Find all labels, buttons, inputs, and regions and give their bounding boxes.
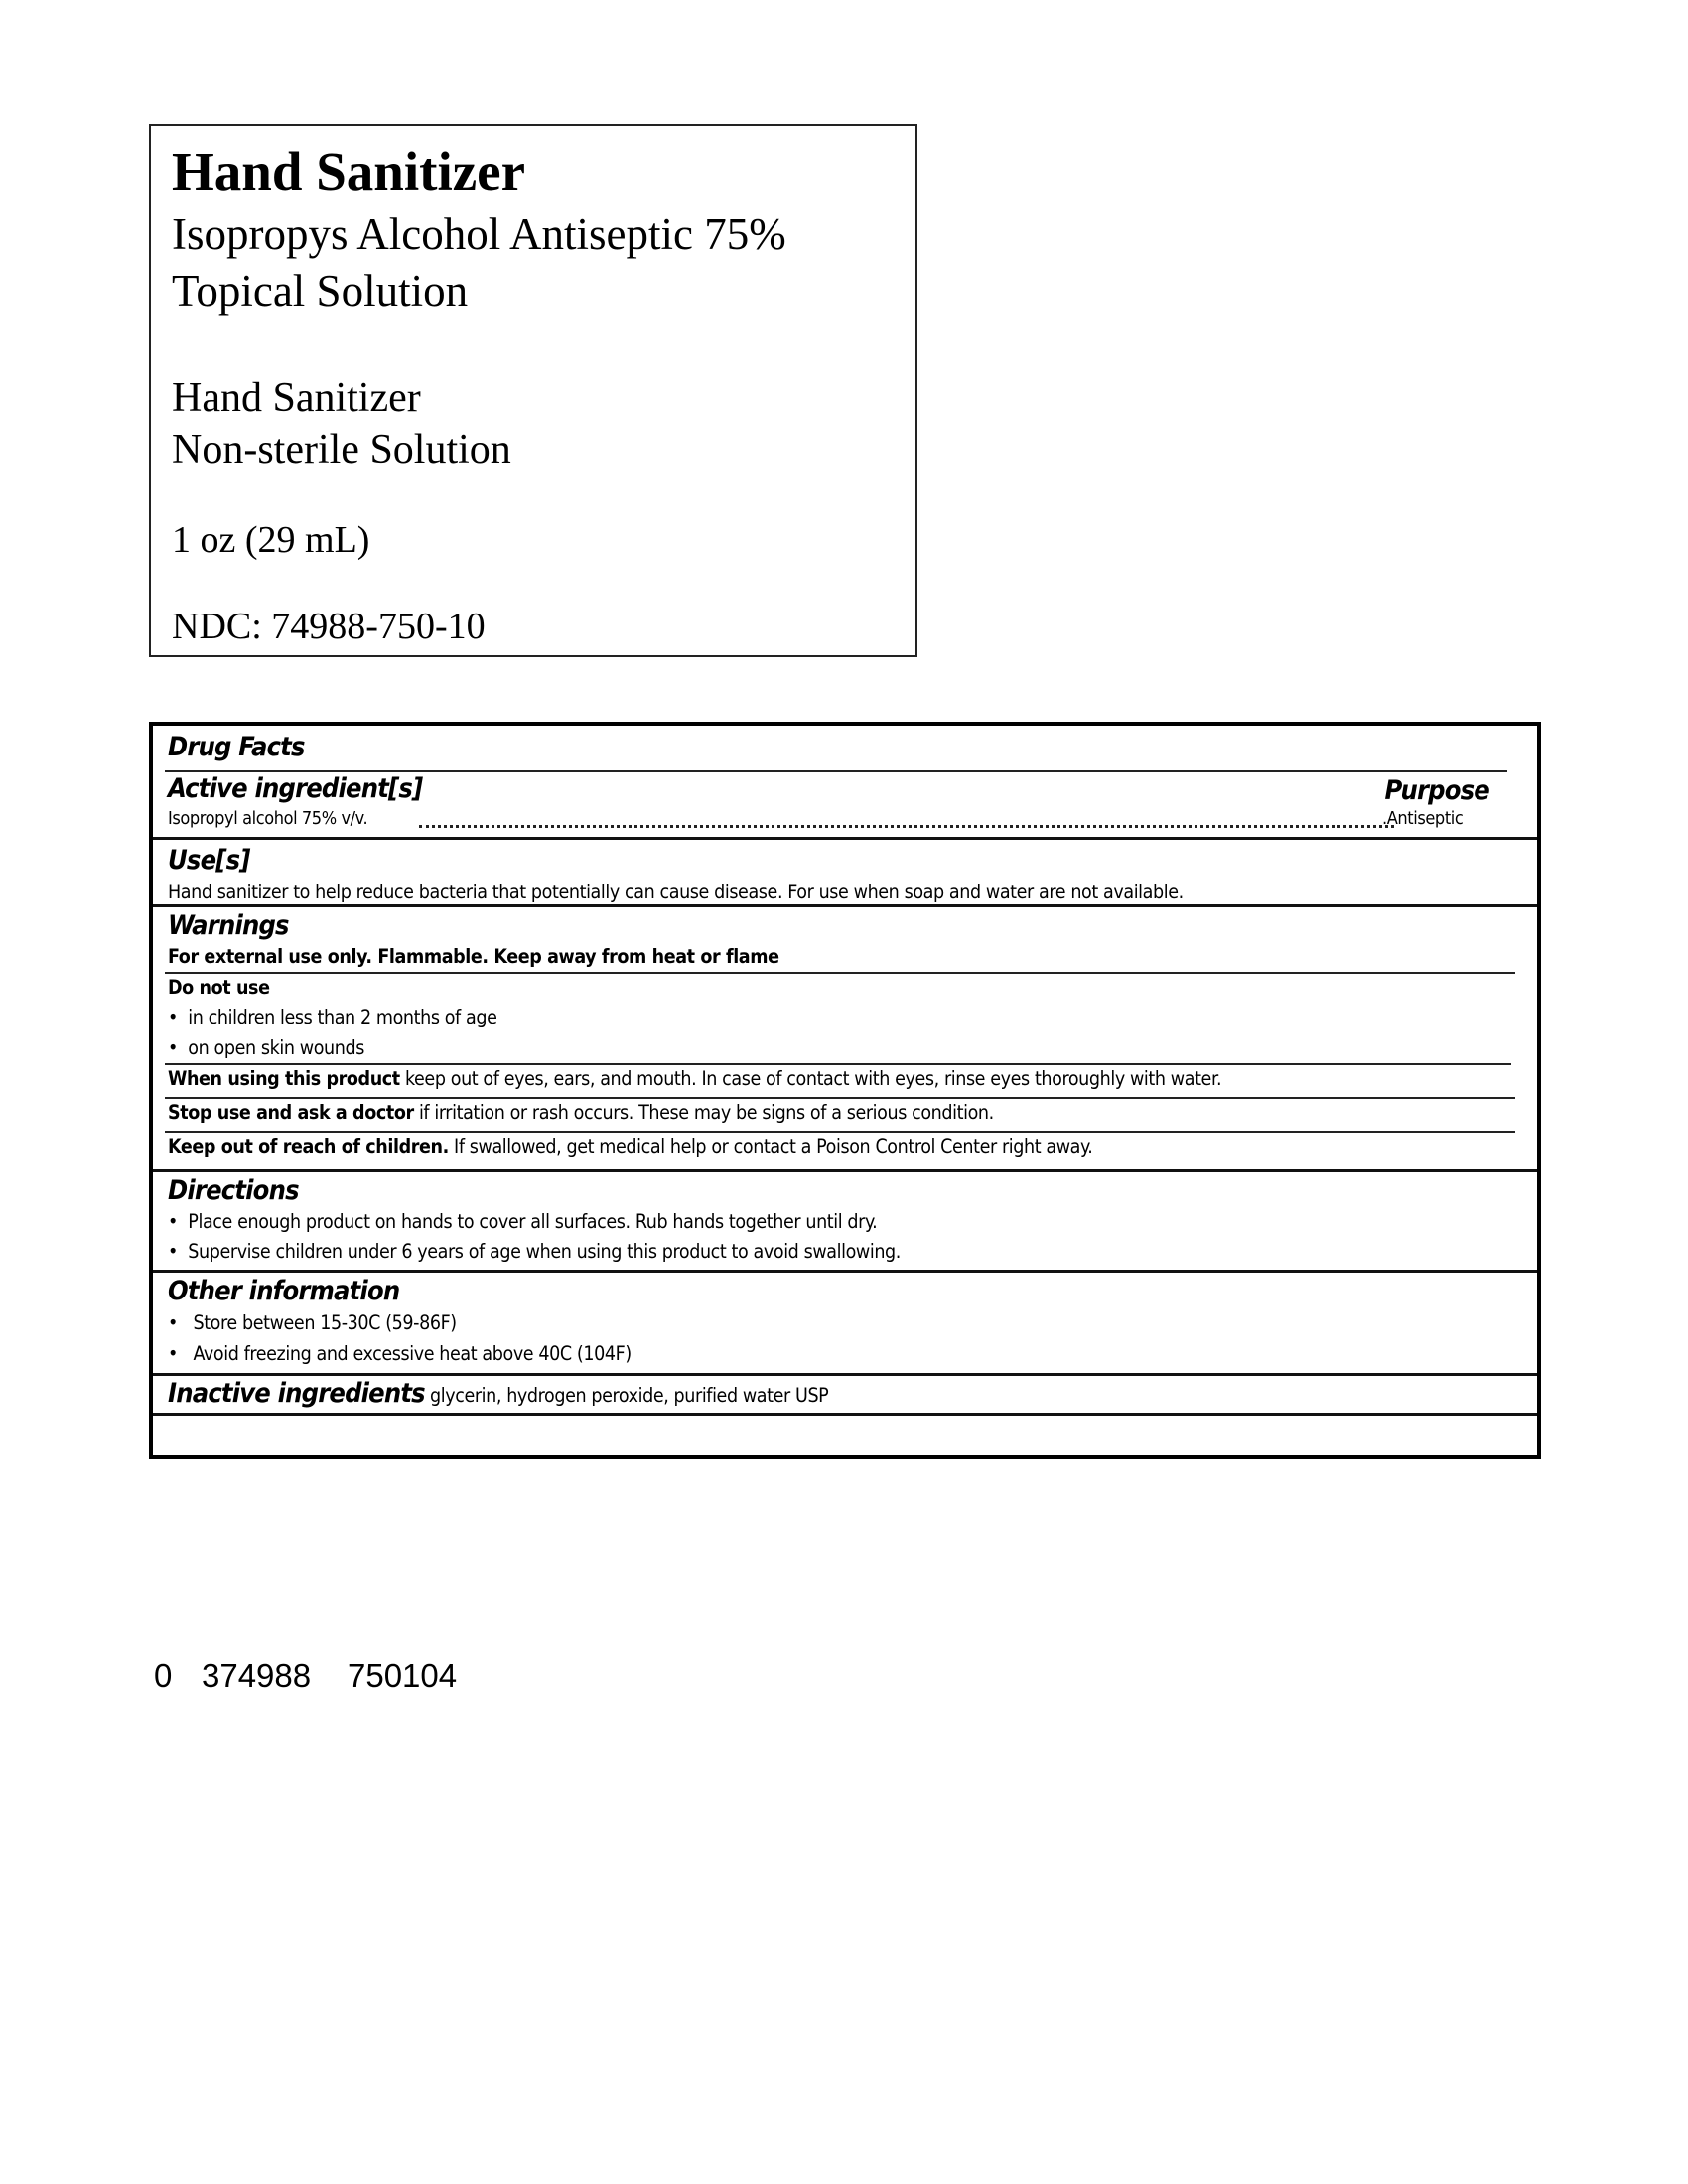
ndc-number: NDC: 74988-750-10 bbox=[172, 608, 486, 645]
bullet-icon: • bbox=[168, 1342, 193, 1365]
product-subtitle-line2: Topical Solution bbox=[172, 269, 468, 314]
uses-text: Hand sanitizer to help reduce bacteria t… bbox=[168, 883, 1184, 902]
other-information-heading: Other information bbox=[168, 1278, 399, 1304]
purpose-heading: Purpose bbox=[1384, 777, 1489, 804]
upc-barcode: 0 374988 750104 bbox=[149, 1537, 477, 1696]
bullet-icon: • bbox=[168, 1006, 188, 1028]
section-divider bbox=[153, 1270, 1537, 1273]
directions-item: • Supervise children under 6 years of ag… bbox=[168, 1242, 901, 1262]
bullet-icon: • bbox=[168, 1240, 188, 1263]
product-type-line1: Hand Sanitizer bbox=[172, 377, 421, 419]
dot-leader bbox=[419, 825, 1394, 828]
do-not-use-item: • on open skin wounds bbox=[168, 1038, 364, 1058]
bullet-icon: • bbox=[168, 1210, 188, 1233]
drug-facts-title: Drug Facts bbox=[168, 734, 305, 760]
section-divider bbox=[153, 1169, 1537, 1172]
keep-out-of-reach-warning: Keep out of reach of children. If swallo… bbox=[168, 1137, 1092, 1157]
divider bbox=[165, 972, 1515, 974]
warnings-heading: Warnings bbox=[168, 912, 289, 939]
active-ingredient-purpose: .Antiseptic bbox=[1382, 810, 1463, 828]
active-ingredient-heading: Active ingredient[s] bbox=[168, 775, 422, 802]
divider bbox=[165, 1131, 1515, 1133]
other-information-item: • Avoid freezing and excessive heat abov… bbox=[168, 1344, 632, 1364]
barcode-number-system-digit: 0 bbox=[154, 1659, 172, 1692]
do-not-use-item: • in children less than 2 months of age bbox=[168, 1008, 496, 1027]
section-divider bbox=[153, 1413, 1537, 1416]
section-divider bbox=[153, 904, 1537, 907]
stop-use-warning: Stop use and ask a doctor if irritation … bbox=[168, 1103, 994, 1123]
product-subtitle-line1: Isopropys Alcohol Antiseptic 75% bbox=[172, 212, 786, 257]
other-information-item: • Store between 15-30C (59-86F) bbox=[168, 1313, 457, 1333]
divider bbox=[165, 1063, 1511, 1065]
directions-item: • Place enough product on hands to cover… bbox=[168, 1212, 877, 1232]
active-ingredient-name: Isopropyl alcohol 75% v/v. bbox=[168, 810, 367, 828]
barcode-left-digits: 374988 bbox=[202, 1659, 311, 1692]
when-using-warning: When using this product keep out of eyes… bbox=[168, 1069, 1221, 1089]
product-size: 1 oz (29 mL) bbox=[172, 521, 369, 559]
bullet-icon: • bbox=[168, 1311, 193, 1334]
bullet-icon: • bbox=[168, 1036, 188, 1059]
directions-heading: Directions bbox=[168, 1177, 299, 1204]
section-divider bbox=[153, 1373, 1537, 1376]
product-title: Hand Sanitizer bbox=[172, 144, 525, 199]
divider bbox=[165, 1097, 1515, 1099]
section-divider bbox=[153, 837, 1537, 840]
inactive-ingredients: Inactive ingredients glycerin, hydrogen … bbox=[168, 1380, 828, 1407]
external-use-warning: For external use only. Flammable. Keep a… bbox=[168, 947, 779, 967]
drug-facts-panel: Drug Facts Active ingredient[s] Purpose … bbox=[149, 722, 1541, 1459]
product-type-line2: Non-sterile Solution bbox=[172, 429, 511, 471]
do-not-use-heading: Do not use bbox=[168, 978, 270, 998]
uses-heading: Use[s] bbox=[168, 847, 250, 874]
barcode-right-digits: 750104 bbox=[348, 1659, 457, 1692]
front-label-panel: Hand Sanitizer Isopropys Alcohol Antisep… bbox=[149, 124, 917, 657]
divider bbox=[165, 770, 1507, 772]
